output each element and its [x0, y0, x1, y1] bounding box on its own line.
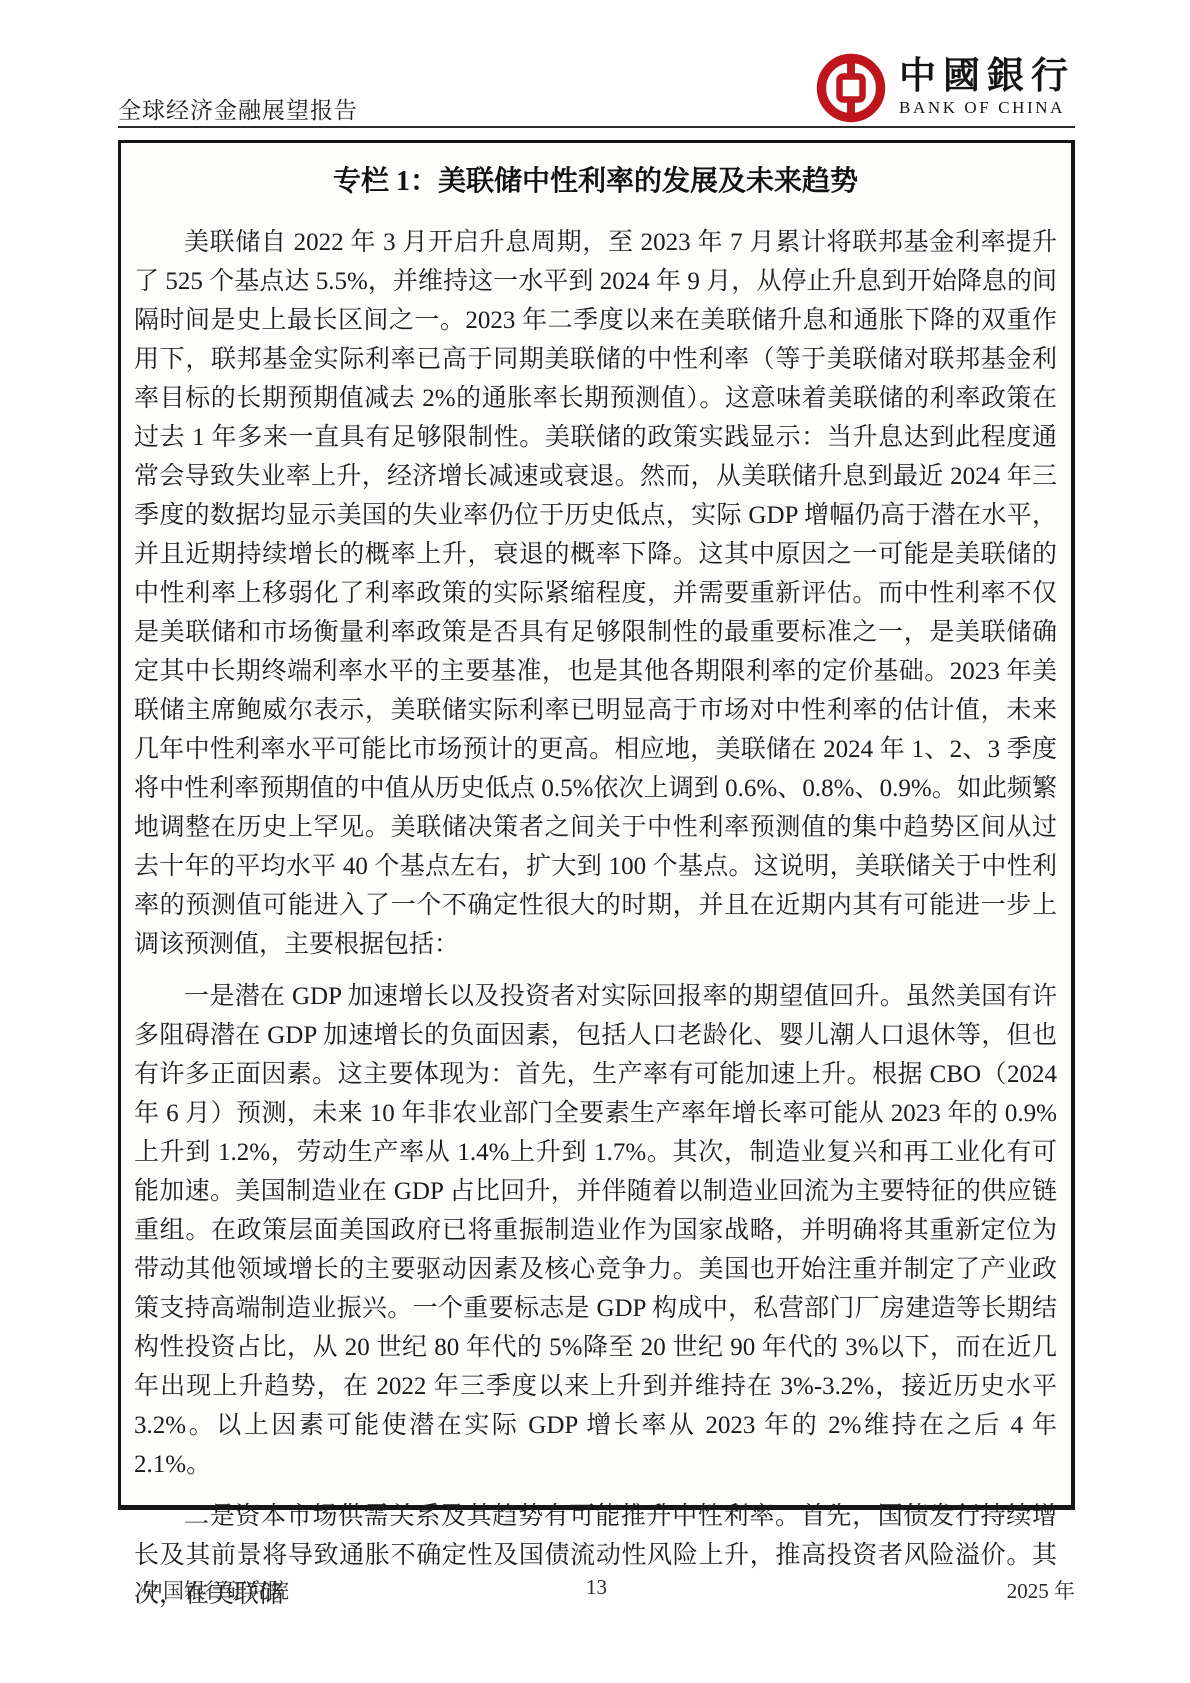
page-header: 全球经济金融展望报告 中國銀行 BANK OF CHINA	[118, 0, 1075, 127]
footer-institute: 中国银行研究院	[142, 1575, 289, 1605]
footer-year: 2025 年	[1007, 1575, 1075, 1605]
header-divider	[118, 126, 1075, 128]
column-1-box: 专栏 1：美联储中性利率的发展及未来趋势 美联储自 2022 年 3 月开启升息…	[118, 140, 1075, 1510]
footer-page-number: 13	[586, 1575, 607, 1600]
bank-of-china-emblem-icon	[815, 52, 887, 124]
bank-name-block: 中國銀行 BANK OF CHINA	[899, 57, 1075, 119]
column-title: 专栏 1：美联储中性利率的发展及未来趋势	[134, 159, 1057, 199]
report-title: 全球经济金融展望报告	[118, 92, 358, 125]
bank-of-china-logo: 中國銀行 BANK OF CHINA	[815, 52, 1075, 124]
page-footer: 中国银行研究院 13 2025 年	[118, 1575, 1075, 1605]
paragraph-fed-rate-history: 美联储自 2022 年 3 月开启升息周期，至 2023 年 7 月累计将联邦基…	[134, 223, 1057, 964]
bank-name-english: BANK OF CHINA	[899, 97, 1075, 119]
bank-name-chinese: 中國銀行	[899, 57, 1075, 97]
paragraph-potential-gdp: 一是潜在 GDP 加速增长以及投资者对实际回报率的期望值回升。虽然美国有许多阻碍…	[134, 977, 1057, 1484]
document-page: 全球经济金融展望报告 中國銀行 BANK OF CHINA 专栏 1：美联储中性…	[0, 0, 1190, 1683]
